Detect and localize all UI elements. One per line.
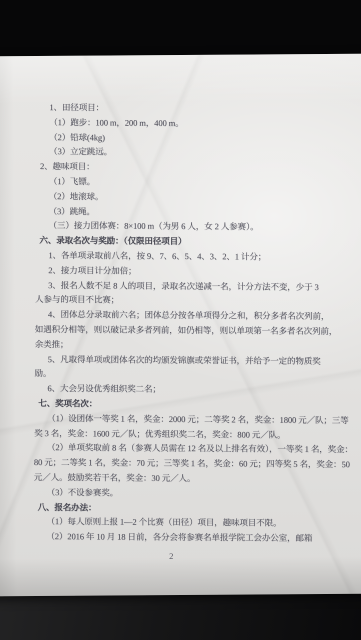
document-text-block: 1、田径项目：（1）跑步：100 m，200 m，400 m。（2）铅球(4kg… <box>33 100 326 565</box>
document-line: 1、各单项录取前八名，按 9、7、6、5、4、3、2、1 计分； <box>35 248 325 265</box>
document-line: （2）2016 年 10 月 18 日前，各分会将参赛名单报学院工会办公室，邮箱 <box>33 529 323 546</box>
document-line: （3）不设参赛奖。 <box>34 485 324 502</box>
document-lines: 1、田径项目：（1）跑步：100 m，200 m，400 m。（2）铅球(4kg… <box>33 100 326 546</box>
page-number: 2 <box>33 548 309 565</box>
document-line: 如遇积分相等，则以破记录多者列前，如仍相等，则以单项第一名多者名次列前， <box>35 322 325 339</box>
document-line: 七、奖项名次： <box>34 396 324 413</box>
document-line: （2）地滚球。 <box>36 189 326 206</box>
photo-background: 1、田径项目：（1）跑步：100 m，200 m，400 m。（2）铅球(4kg… <box>0 0 361 640</box>
document-line: （1）跑步：100 m，200 m，400 m。 <box>36 115 326 132</box>
document-page: 1、田径项目：（1）跑步：100 m，200 m，400 m。（2）铅球(4kg… <box>0 54 361 597</box>
document-line: 5、凡取得单项或团体名次的均颁发锦旗或荣誉证书，并给予一定的物质奖 <box>35 352 325 369</box>
document-line: 元／人。鼓励奖若干名，奖金：30 元／人。 <box>34 470 324 487</box>
document-line: 2、接力项目计分加倍； <box>35 263 325 280</box>
document-line: 1、田径项目： <box>36 100 326 117</box>
document-line: （1）设团体一等奖 1 名，奖金：2000 元；二等奖 2 名，奖金：1800 … <box>34 411 324 428</box>
document-line: （1）飞镖。 <box>36 174 326 191</box>
